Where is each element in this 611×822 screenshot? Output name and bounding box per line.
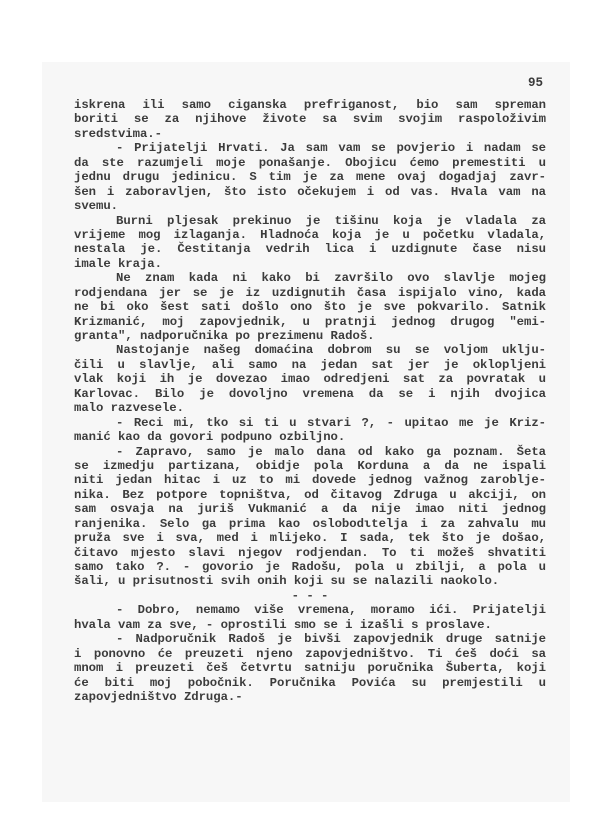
text-line: i ponovno će preuzeti njeno zapovjedništ…	[74, 647, 546, 661]
text-line: ne bi oko šest sati došlo ono što je sve…	[74, 300, 546, 314]
text-line: se izmedju partizana, obidje pola Kordun…	[74, 459, 546, 473]
text-line: čitavo mjesto slavi njegov rodjendan. To…	[74, 546, 546, 560]
text-line: iskrena ili samo ciganska prefriganost, …	[74, 98, 546, 112]
text-line: da ste razumjeli moje ponašanje. Obojicu…	[74, 156, 546, 170]
text-line: - Zapravo, samo je malo dana od kako ga …	[74, 445, 546, 459]
text-line: Nastojanje našeg domaćina dobrom su se v…	[74, 343, 546, 357]
text-line: sredstvima.-	[74, 127, 546, 141]
text-line: mnom i preuzeti češ četvrtu satniju poru…	[74, 661, 546, 675]
text-line: granta", nadporučnika po prezimenu Radoš…	[74, 329, 546, 343]
text-line: jednu drugu jedinicu. S tim je za mene o…	[74, 170, 546, 184]
section-separator: - - -	[74, 589, 546, 603]
text-line: samo tako ?. - govorio je Radošu, pola u…	[74, 560, 546, 574]
text-line: boriti se za njihove živote sa svim svoj…	[74, 112, 546, 126]
page-body-text: iskrena ili samo ciganska prefriganost, …	[74, 98, 546, 704]
paragraph: Ne znam kada ni kako bi završilo ovo sla…	[74, 271, 546, 343]
text-line: vlak koji ih je dovezao imao odredjeni s…	[74, 372, 546, 386]
text-line: - Nadporučnik Radoš je bivši zapovjednik…	[74, 632, 546, 646]
text-line: malo razvesele.	[74, 401, 546, 415]
text-line: svemu.	[74, 199, 546, 213]
text-line: zapovjedništvo Zdruga.-	[74, 690, 546, 704]
text-line: sam osvaja na juriš Vukmanić a da nije i…	[74, 502, 546, 516]
text-line: - Prijatelji Hrvati. Ja sam vam se povje…	[74, 141, 546, 155]
paragraph: Burni pljesak prekinuo je tišinu koja je…	[74, 214, 546, 272]
text-line: nestala je. Čestitanja vedrih lica i uzd…	[74, 242, 546, 256]
paragraph: iskrena ili samo ciganska prefriganost, …	[74, 98, 546, 141]
paragraph: - Dobro, nemamo više vremena, moramo ići…	[74, 603, 546, 632]
page-number: 95	[528, 76, 543, 90]
text-line: šali, u prisutnosti svih onih koji su se…	[74, 574, 546, 588]
text-line: hvala vam za sve, - oprostili smo se i i…	[74, 618, 546, 632]
text-line: pruža sve i sva, med i mlijeko. I sada, …	[74, 531, 546, 545]
text-line: - Dobro, nemamo više vremena, moramo ići…	[74, 603, 546, 617]
paragraph: Nastojanje našeg domaćina dobrom su se v…	[74, 343, 546, 415]
text-line: će biti moj pobočnik. Poručnika Povića s…	[74, 676, 546, 690]
text-line: rodjendana jer se je iz uzdignutih časa …	[74, 286, 546, 300]
paragraph: - Nadporučnik Radoš je bivši zapovjednik…	[74, 632, 546, 704]
text-line: nika. Bez potpore topništva, od čitavog …	[74, 488, 546, 502]
text-line: vrijeme mog izlaganja. Hladnoća koja je …	[74, 228, 546, 242]
text-line: Krizmanić, moj zapovjednik, u pratnji je…	[74, 315, 546, 329]
paragraph: - Prijatelji Hrvati. Ja sam vam se povje…	[74, 141, 546, 213]
text-line: Ne znam kada ni kako bi završilo ovo sla…	[74, 271, 546, 285]
text-line: šen i zaboravljen, što isto očekujem i o…	[74, 185, 546, 199]
paragraph: - Reci mi, tko si ti u stvari ?, - upita…	[74, 416, 546, 445]
text-line: ranjenika. Selo ga prima kao oslobodιtel…	[74, 517, 546, 531]
text-line: Karlovac. Bilo je dovoljno vremena da se…	[74, 387, 546, 401]
text-line: Burni pljesak prekinuo je tišinu koja je…	[74, 214, 546, 228]
text-line: čili u slavlje, ali samo na jedan sat je…	[74, 358, 546, 372]
paragraph: - Zapravo, samo je malo dana od kako ga …	[74, 445, 546, 589]
text-line: manić kao da govori podpuno ozbiljno.	[74, 430, 546, 444]
text-line: - Reci mi, tko si ti u stvari ?, - upita…	[74, 416, 546, 430]
text-line: imale kraja.	[74, 257, 546, 271]
text-line: niti jedan hitac i uz to mi dovede jedno…	[74, 473, 546, 487]
